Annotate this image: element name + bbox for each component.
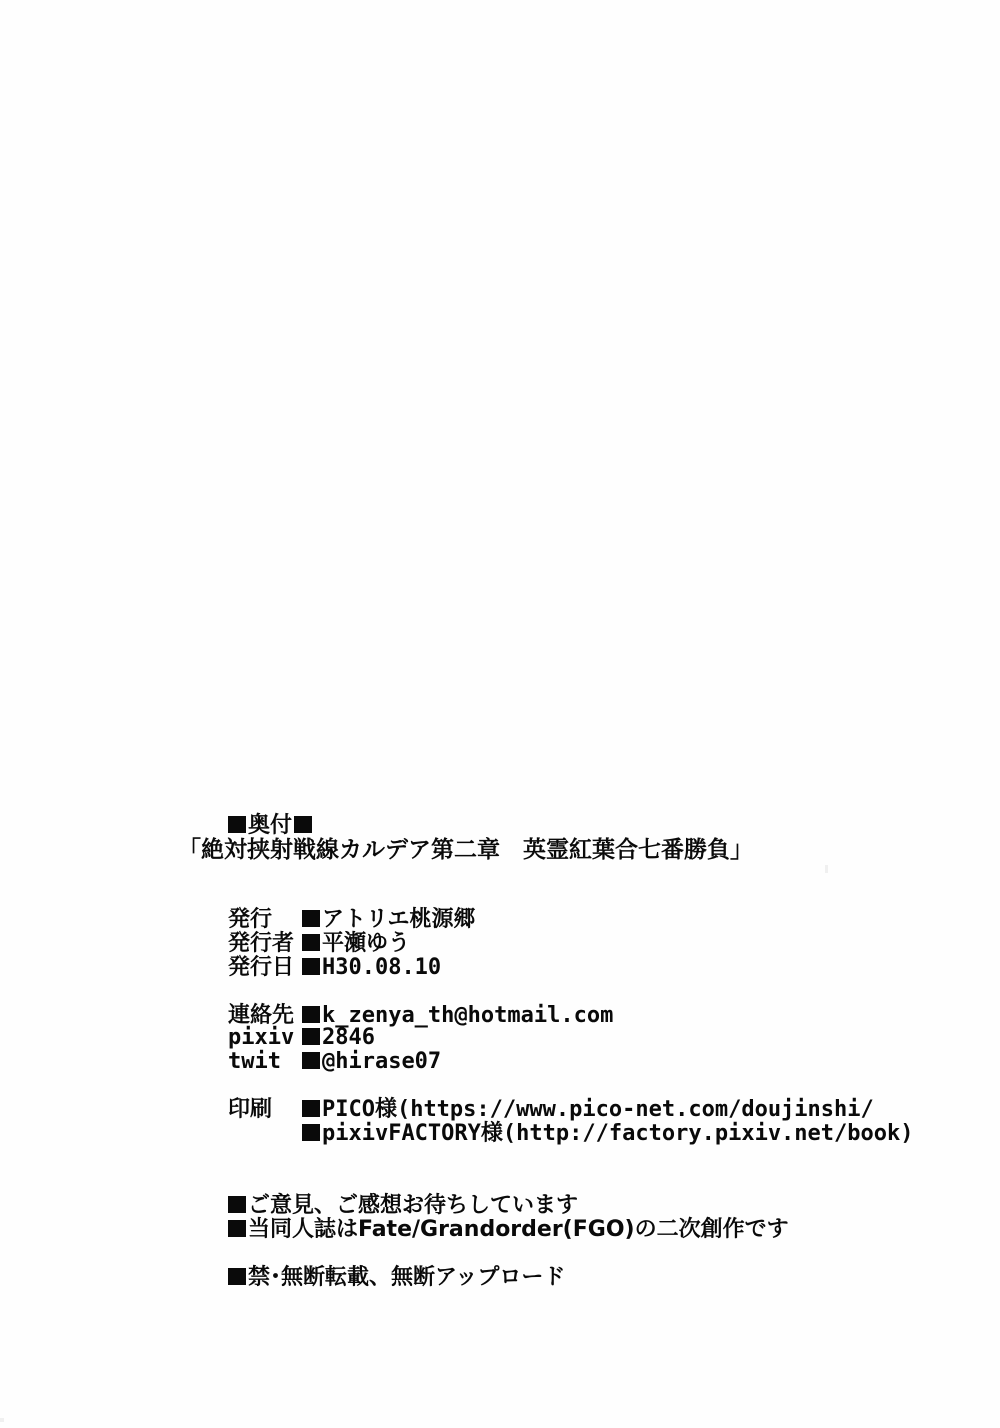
square-bullet-icon bbox=[228, 816, 246, 833]
prohibition-row: 禁･無断転載、無断アップロード bbox=[182, 1242, 565, 1314]
heading-text: 奥付 bbox=[248, 813, 292, 838]
square-bullet-icon bbox=[228, 1268, 246, 1285]
printer-entry: pixivFACTORY様(http://factory.pixiv.net/b… bbox=[322, 1121, 914, 1146]
prohibition-text: 禁･無断転載、無断アップロード bbox=[248, 1265, 565, 1290]
date-label: 発行日 bbox=[228, 956, 302, 980]
scan-artifact bbox=[0, 1418, 4, 1422]
square-bullet-icon bbox=[302, 1124, 320, 1141]
square-bullet-icon bbox=[228, 1220, 246, 1237]
square-bullet-icon bbox=[294, 816, 312, 833]
scan-artifact bbox=[825, 865, 828, 873]
twitter-handle: @hirase07 bbox=[322, 1049, 441, 1074]
square-bullet-icon bbox=[302, 1052, 320, 1069]
note-text: 当同人誌はFate/Grandorder(FGO)の二次創作です bbox=[248, 1217, 789, 1242]
printing-row-2: pixivFACTORY様(http://factory.pixiv.net/b… bbox=[182, 1098, 914, 1170]
twitter-label: twit bbox=[228, 1050, 302, 1074]
date-value: H30.08.10 bbox=[322, 955, 441, 980]
square-bullet-icon bbox=[302, 958, 320, 975]
book-title: 「絶対挟射戦線カルデア第二章 英霊紅葉合七番勝負」 bbox=[178, 838, 753, 862]
colophon-page: 奥付 「絶対挟射戦線カルデア第二章 英霊紅葉合七番勝負」 発行アトリエ桃源郷 発… bbox=[0, 0, 1000, 1428]
